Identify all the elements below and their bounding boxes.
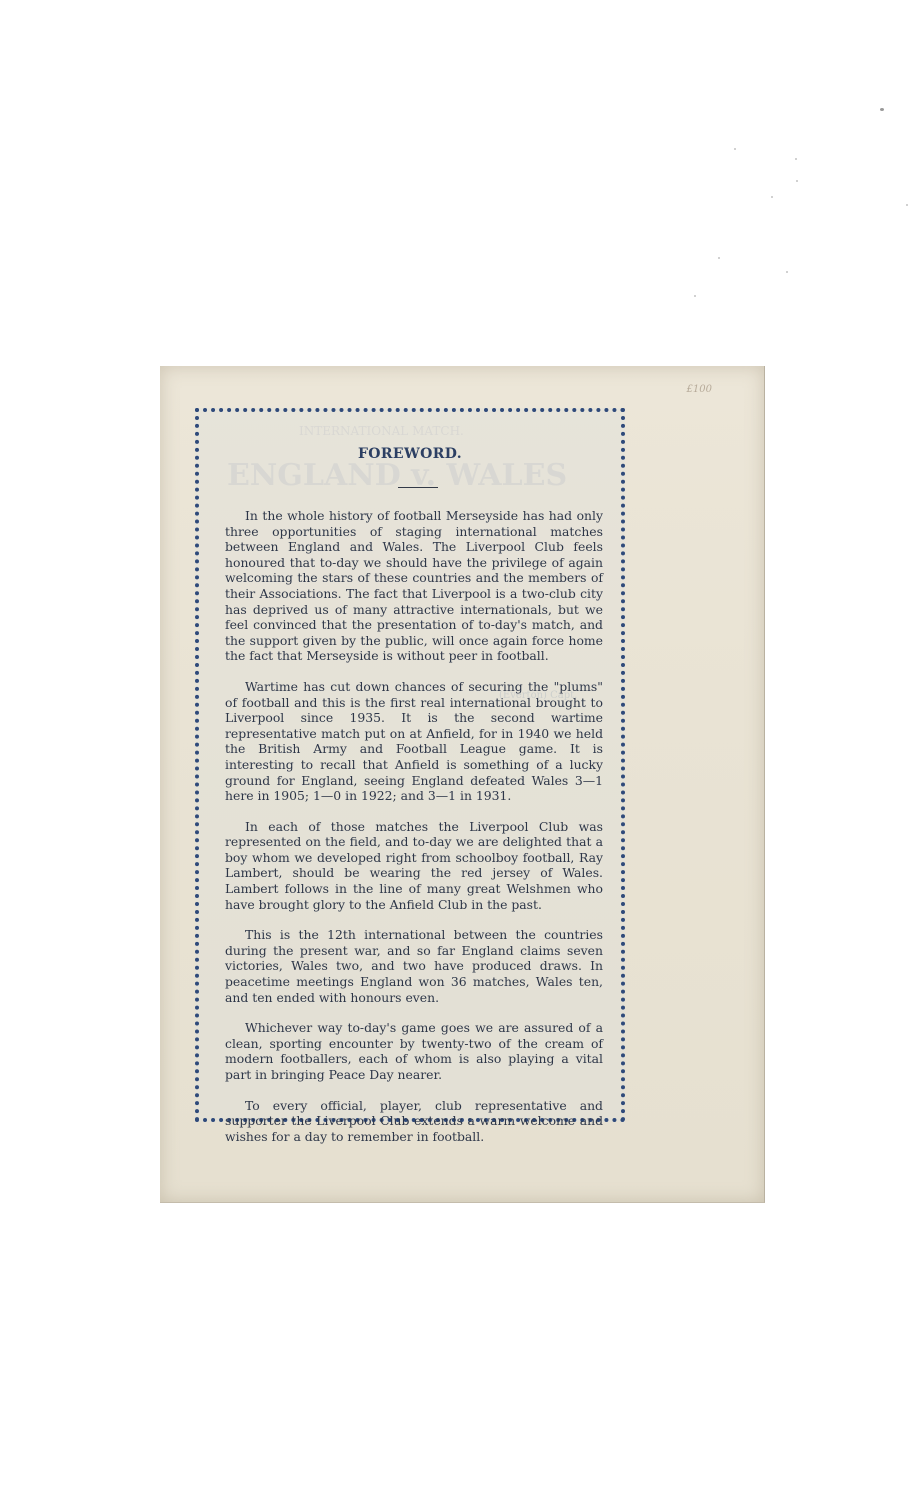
paragraph-1: In the whole history of football Merseys… (225, 508, 603, 664)
scan-speck (795, 158, 797, 160)
dotted-border-frame: INTERNATIONAL MATCH. ENGLAND v. WALES (E… (195, 408, 625, 1122)
scan-speck (771, 196, 773, 198)
paragraph-2: Wartime has cut down chances of securing… (225, 679, 603, 804)
scan-speck (718, 257, 720, 259)
foreword-body: In the whole history of football Merseys… (225, 508, 603, 1144)
page-title: FOREWORD. (199, 446, 621, 462)
paragraph-6: To every official, player, club represen… (225, 1098, 603, 1145)
scan-speck (734, 148, 736, 150)
scan-speck (786, 271, 788, 273)
programme-page: £100 INTERNATIONAL MATCH. ENGLAND v. WAL… (160, 366, 765, 1203)
paragraph-4: This is the 12th international between t… (225, 927, 603, 1005)
title-underline (398, 487, 438, 488)
scan-speck (906, 204, 908, 206)
show-through-subtitle: INTERNATIONAL MATCH. (299, 424, 464, 438)
scan-speck (880, 108, 884, 111)
pencil-price-note: £100 (687, 384, 712, 395)
paragraph-3: In each of those matches the Liverpool C… (225, 819, 603, 913)
paragraph-5: Whichever way to-day's game goes we are … (225, 1020, 603, 1082)
scan-speck (796, 180, 798, 182)
scan-speck (694, 295, 696, 297)
